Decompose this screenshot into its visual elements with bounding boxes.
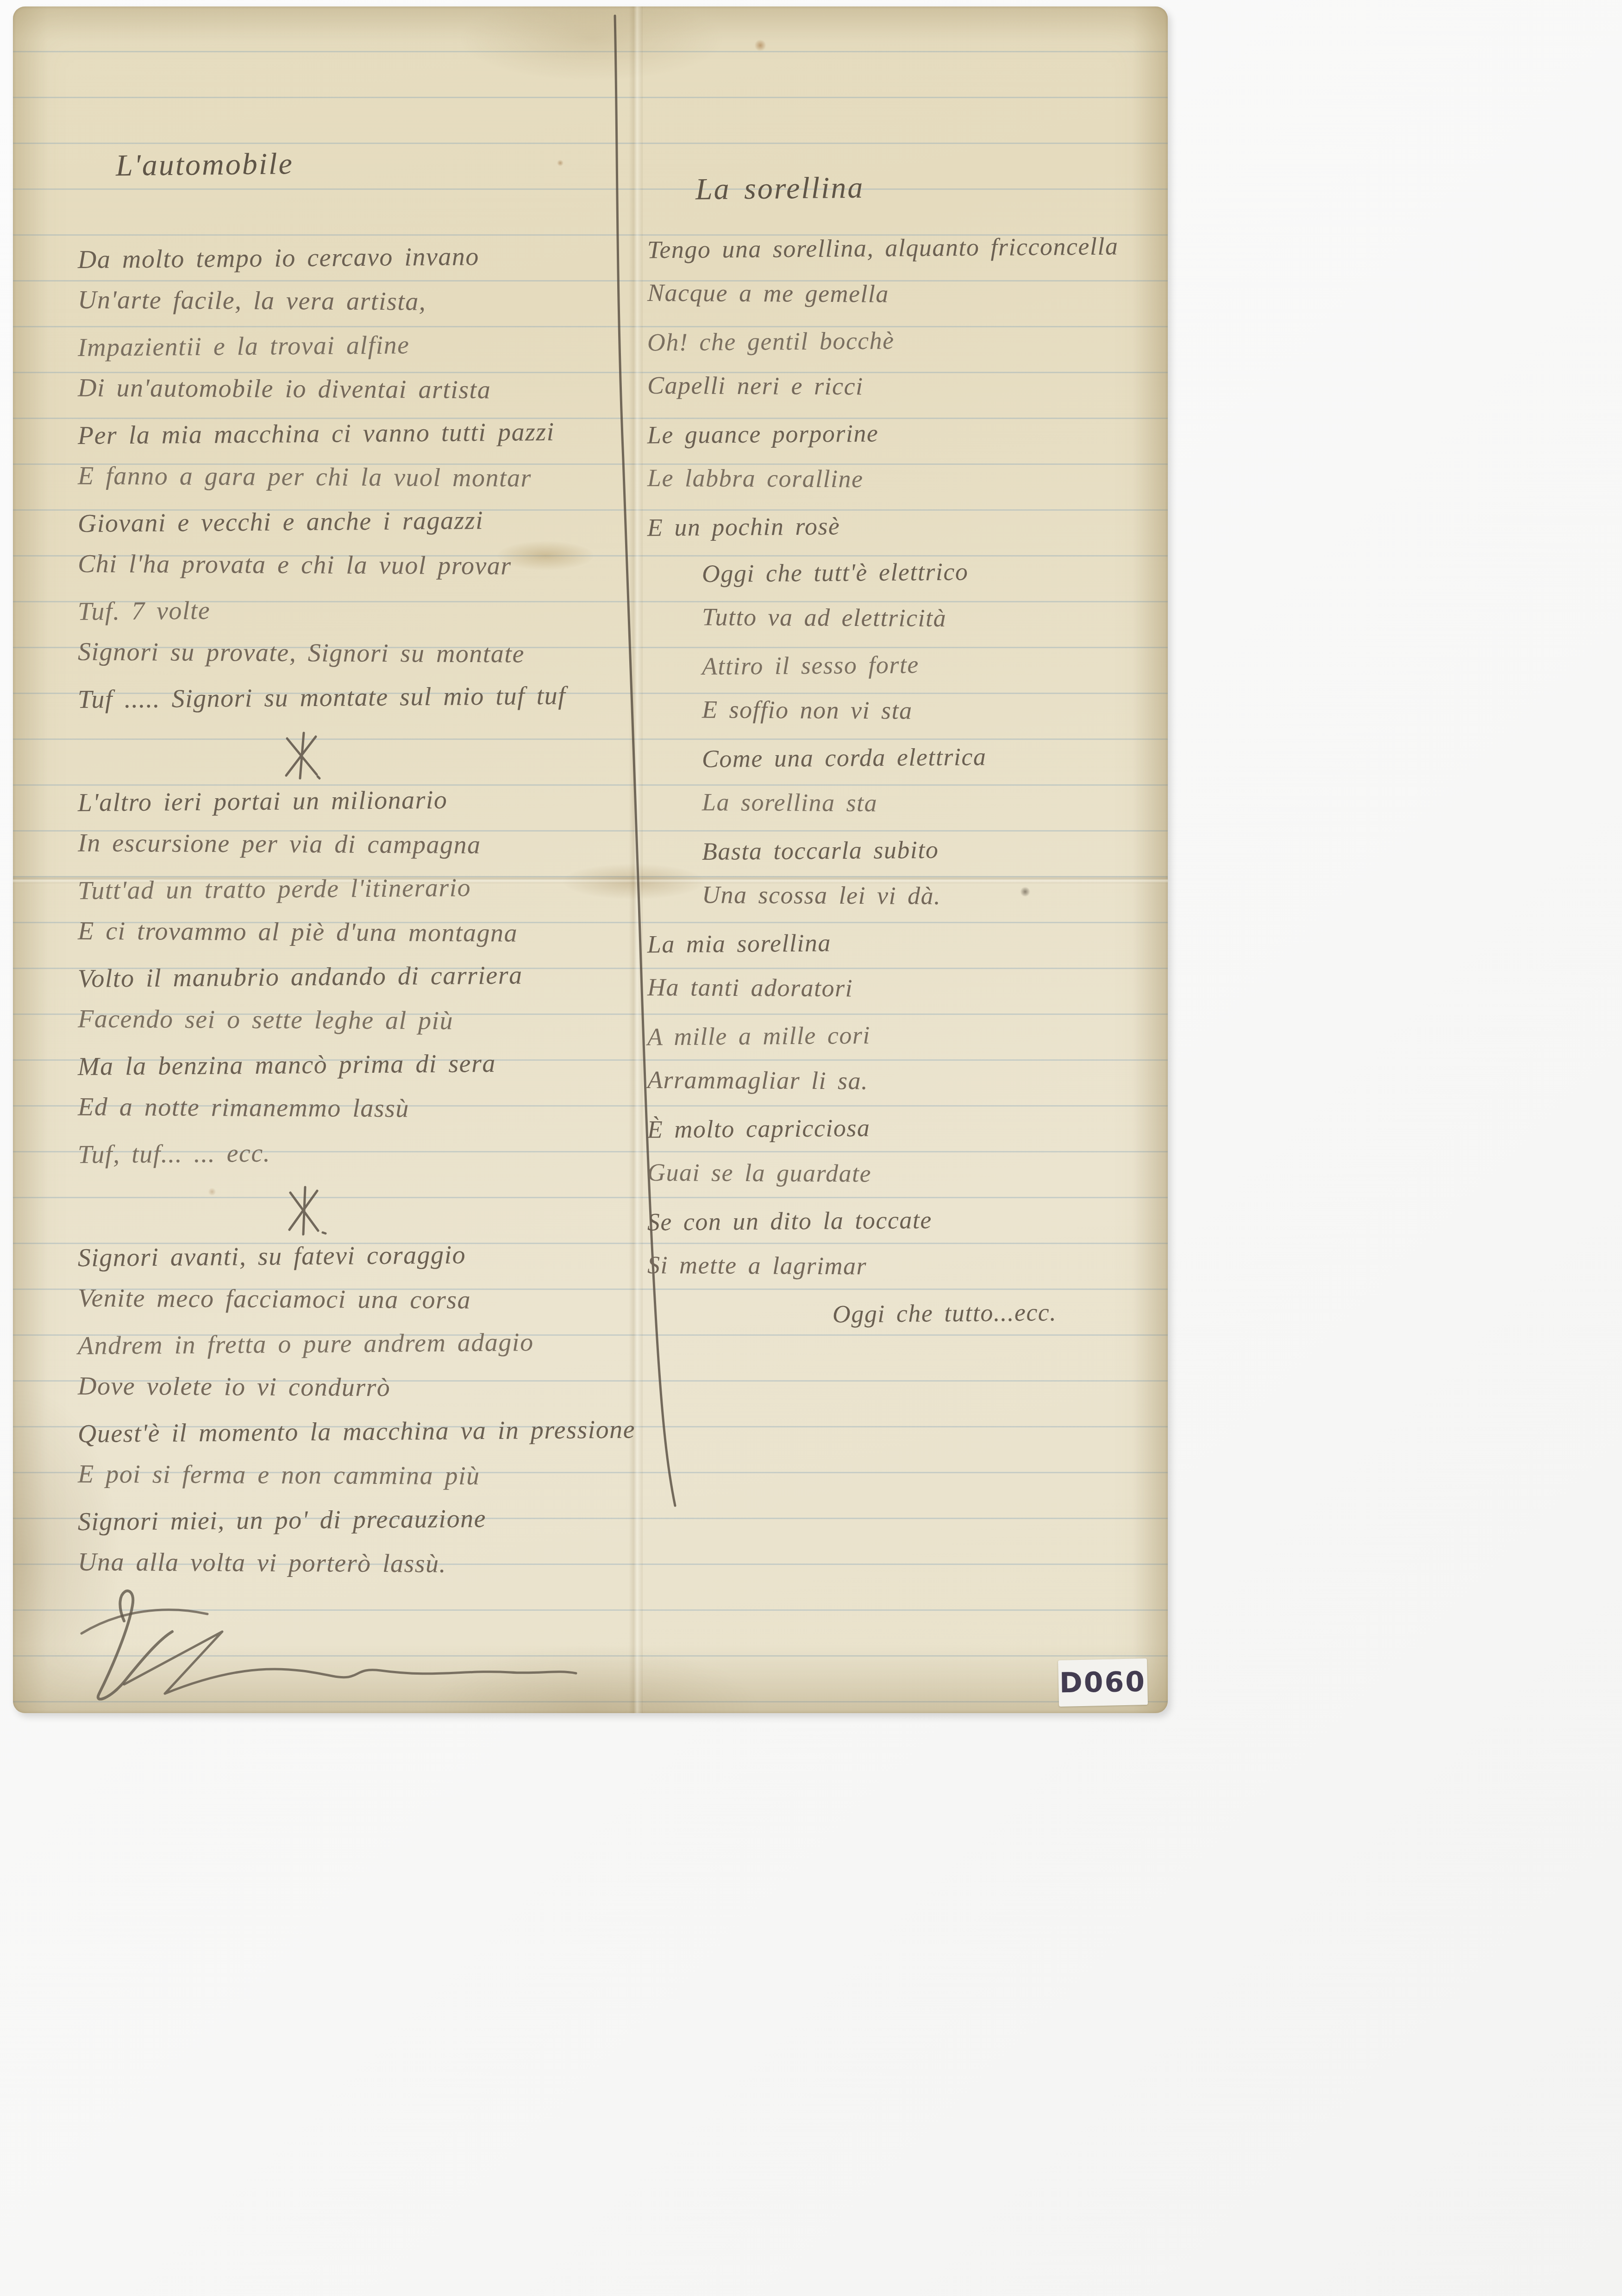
right-poem-title: La sorellina <box>695 167 1180 215</box>
poem-line: Quest'è il momento la macchina va in pre… <box>78 1414 666 1463</box>
right-poem-refrain: Oggi che tutt'è elettricoTutto va ad ele… <box>647 557 1180 928</box>
poem-line: Signori miei, un po' di precauzione <box>78 1502 666 1551</box>
poem-line: La sorellina sta <box>702 788 1180 836</box>
refrain-reprise-line: Oggi che tutto...ecc. <box>833 1297 1180 1346</box>
poem-line: Signori su provate, Signori su montate <box>78 637 666 684</box>
poem-line: Capelli neri e ricci <box>647 371 1180 420</box>
poem-line: Ma la benzina mancò prima di sera <box>78 1047 666 1096</box>
poem-line: Tutt'ad un tratto perde l'itinerario <box>78 871 666 920</box>
left-poem-stanza-1: Da molto tempo io cercavo invanoUn'arte … <box>78 243 666 726</box>
poem-line: Di un'automobile io diventai artista <box>78 373 666 420</box>
poem-line: Oh! che gentil bocchè <box>647 324 1180 374</box>
left-poem-stanza-2: L'altro ieri portai un milionarioIn escu… <box>78 786 666 1182</box>
poem-line: Signori avanti, su fatevi coraggio <box>78 1239 666 1287</box>
poem-line: Una alla volta vi porterò lassù. <box>78 1547 666 1595</box>
poem-line: E fanno a gara per chi la vuol montar <box>78 461 666 508</box>
right-poem-intro: Tengo una sorellina, alquanto fricconcel… <box>647 233 1180 557</box>
archive-label-sticker: D060 <box>1058 1658 1148 1707</box>
stanza-separator <box>78 1182 666 1241</box>
poem-line: A mille a mille cori <box>647 1018 1180 1069</box>
poem-line: Tuf, tuf... ... ecc. <box>78 1135 666 1184</box>
poem-line: Per la mia macchina ci vanno tutti pazzi <box>78 416 666 465</box>
poem-line: E soffio non vi sta <box>702 695 1180 744</box>
poem-line: Venite meco facciamoci una corsa <box>78 1283 666 1331</box>
poem-line: Da molto tempo io cercavo invano <box>78 240 666 289</box>
poem-line: Ed a notte rimanemmo lassù <box>78 1092 666 1139</box>
scanned-document-page: { "scan": { "archive_label": "D060", "pa… <box>0 0 1622 2296</box>
poem-line: Tengo una sorellina, alquanto fricconcel… <box>647 231 1180 282</box>
poem-line: Facendo sei o sette leghe al più <box>78 1004 666 1051</box>
stanza-separator-mark <box>277 730 328 781</box>
poem-line: Andrem in fretta o pure andrem adagio <box>78 1326 666 1375</box>
poem-line: La mia sorellina <box>647 926 1180 976</box>
poem-line: L'altro ieri portai un milionario <box>78 783 666 832</box>
poem-line: Oggi che tutt'è elettrico <box>702 556 1180 606</box>
poem-line: Attiro il sesso forte <box>702 648 1180 698</box>
poem-line: Impazientii e la trovai alfine <box>78 328 666 377</box>
poem-line: Nacque a me gemella <box>647 278 1180 327</box>
stanza-separator-mark <box>277 1185 332 1236</box>
poem-line: Basta toccarla subito <box>702 833 1180 883</box>
poem-line: Arrammagliar li sa. <box>647 1065 1180 1114</box>
poem-line: E poi si ferma e non cammina più <box>78 1459 666 1507</box>
left-poem-title: L'automobile <box>116 143 666 191</box>
left-poem-column: L'automobile Da molto tempo io cercavo i… <box>78 145 666 1593</box>
poem-line: Tutto va ad elettricità <box>702 602 1180 651</box>
poem-line: Tuf. 7 volte <box>78 592 666 641</box>
poem-line: Una scossa lei vi dà. <box>702 880 1180 929</box>
poem-line: Giovani e vecchi e anche i ragazzi <box>78 504 666 553</box>
poem-line: Volto il manubrio andando di carriera <box>78 959 666 1008</box>
poem-line: Un'arte facile, la vera artista, <box>78 285 666 332</box>
signature-flourish <box>55 1577 657 1716</box>
poem-line: Ha tanti adoratori <box>647 973 1180 1022</box>
poem-line: Chi l'ha provata e chi la vuol provar <box>78 549 666 596</box>
poem-line: Le guance porporine <box>647 416 1180 467</box>
poem-line: Tuf ..... Signori su montate sul mio tuf… <box>78 680 666 729</box>
right-poem-outro: La mia sorellinaHa tanti adoratoriA mill… <box>647 928 1180 1298</box>
poem-line: Se con un dito la toccate <box>647 1203 1180 1254</box>
manuscript-paper: L'automobile Da molto tempo io cercavo i… <box>13 6 1168 1713</box>
poem-line: E un pochin rosè <box>647 509 1180 559</box>
poem-line: Guai se la guardate <box>647 1158 1180 1207</box>
right-poem-column: La sorellina Tengo una sorellina, alquan… <box>647 169 1180 1345</box>
poem-line: Le labbra coralline <box>647 463 1180 513</box>
stanza-separator <box>78 726 666 786</box>
poem-line: In escursione per via di campagna <box>78 828 666 876</box>
archive-label-text: D060 <box>1059 1666 1146 1700</box>
poem-line: Come una corda elettrica <box>702 741 1180 791</box>
poem-line: E ci trovammo al piè d'una montagna <box>78 916 666 963</box>
left-poem-stanza-3: Signori avanti, su fatevi coraggioVenite… <box>78 1241 666 1593</box>
poem-line: Si mette a lagrimar <box>647 1251 1180 1300</box>
poem-line: È molto capricciosa <box>647 1111 1180 1161</box>
poem-line: Dove volete io vi condurrò <box>78 1371 666 1419</box>
